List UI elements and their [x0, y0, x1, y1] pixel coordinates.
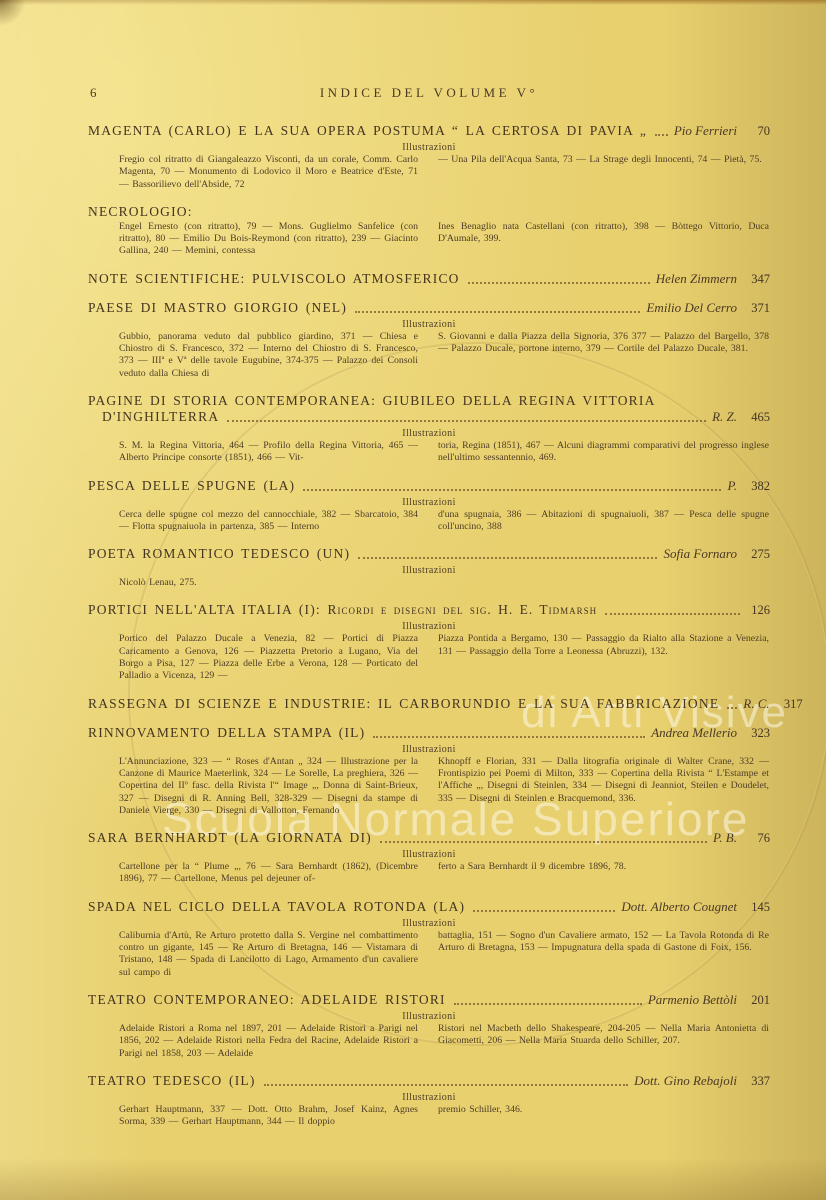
illustrations-label: Illustrazioni	[88, 1092, 770, 1103]
entry-author: Sofia Fornaro	[663, 546, 746, 562]
illustrations-right-column	[438, 577, 769, 589]
entry-author: Dott. Gino Rebajoli	[634, 1073, 746, 1089]
entry-title: NOTE SCIENTIFICHE: PULVISCOLO ATMOSFERIC…	[88, 271, 460, 287]
dotted-leader	[727, 707, 737, 709]
illustrations-label: Illustrazioni	[88, 565, 770, 576]
index-entry: NECROLOGIO:Engel Ernesto (con ritratto),…	[88, 204, 770, 258]
entry-page-number: 145	[746, 900, 770, 915]
entry-author: Dott. Alberto Cougnet	[621, 899, 746, 915]
illustrations-right-column: premio Schiller, 346.	[438, 1104, 769, 1129]
illustrations-label: Illustrazioni	[88, 621, 770, 632]
entry-title: PAGINE DI STORIA CONTEMPORANEA: GIUBILEO…	[88, 393, 656, 409]
illustrations-columns: Gubbio, panorama veduto dal pubblico gia…	[88, 331, 770, 380]
entry-title: PAESE DI MASTRO GIORGIO (NEL)	[88, 300, 347, 316]
illustrations-left-column: Caliburnia d'Artù, Re Arturo protetto da…	[119, 930, 418, 979]
illustrations-columns: Fregio col ritratto di Giangaleazzo Visc…	[88, 154, 770, 191]
index-entry: NOTE SCIENTIFICHE: PULVISCOLO ATMOSFERIC…	[88, 271, 770, 287]
entry-title-row: TEATRO TEDESCO (IL)Dott. Gino Rebajoli33…	[88, 1073, 770, 1089]
illustrations-columns: Nicolò Lenau, 275.	[88, 577, 770, 589]
illustrations-right-column: ferto a Sara Bernhardt il 9 dicembre 189…	[438, 861, 769, 886]
illustrations-left-column: Portico del Palazzo Ducale a Venezia, 82…	[119, 633, 418, 682]
entry-title: TEATRO TEDESCO (IL)	[88, 1073, 256, 1089]
entry-title: TEATRO CONTEMPORANEO: ADELAIDE RISTORI	[88, 992, 446, 1008]
dotted-leader	[473, 910, 615, 912]
dotted-leader	[303, 489, 721, 491]
entry-title-line2: D'INGHILTERRA	[102, 409, 219, 425]
scanned-index-page: { "page": { "number": "6", "header": "IN…	[0, 0, 826, 1200]
dotted-leader	[227, 420, 706, 422]
index-entry: PESCA DELLE SPUGNE (LA)P.382Illustrazion…	[88, 478, 770, 534]
entry-title-row: TEATRO CONTEMPORANEO: ADELAIDE RISTORIPa…	[88, 992, 770, 1008]
index-entry: RINNOVAMENTO DELLA STAMPA (IL)Andrea Mel…	[88, 725, 770, 817]
illustrations-label: Illustrazioni	[88, 319, 770, 330]
illustrations-label: Illustrazioni	[88, 497, 770, 508]
index-entry: SPADA NEL CICLO DELLA TAVOLA ROTONDA (LA…	[88, 899, 770, 979]
entry-author: Helen Zimmern	[656, 271, 746, 287]
entry-author: R. C.	[743, 696, 778, 712]
dotted-leader	[358, 557, 657, 559]
illustrations-right-column: toria, Regina (1851), 467 — Alcuni diagr…	[438, 440, 769, 465]
illustrations-left-column: Engel Ernesto (con ritratto), 79 — Mons.…	[119, 221, 418, 258]
entry-title-row: RINNOVAMENTO DELLA STAMPA (IL)Andrea Mel…	[88, 725, 770, 741]
entry-title: MAGENTA (CARLO) E LA SUA OPERA POSTUMA “…	[88, 123, 647, 139]
entry-page-number: 347	[746, 272, 770, 287]
index-list: MAGENTA (CARLO) E LA SUA OPERA POSTUMA “…	[88, 123, 770, 1128]
entry-page-number: 317	[779, 697, 803, 712]
entry-title-row: MAGENTA (CARLO) E LA SUA OPERA POSTUMA “…	[88, 123, 770, 139]
illustrations-label: Illustrazioni	[88, 428, 770, 439]
index-entry: TEATRO TEDESCO (IL)Dott. Gino Rebajoli33…	[88, 1073, 770, 1129]
illustrations-right-column: battaglia, 151 — Sogno d'un Cavaliere ar…	[438, 930, 769, 979]
entry-author: Pio Ferrieri	[674, 123, 746, 139]
entry-title: PORTICI NELL'ALTA ITALIA (I): Ricordi e …	[88, 602, 597, 618]
entry-page-number: 337	[746, 1074, 770, 1089]
entry-title-row: SPADA NEL CICLO DELLA TAVOLA ROTONDA (LA…	[88, 899, 770, 915]
illustrations-right-column: S. Giovanni e dalla Piazza della Signori…	[438, 331, 769, 380]
page-content: 6 INDICE DEL VOLUME V° MAGENTA (CARLO) E…	[88, 84, 770, 1128]
entry-title-smallcaps: Ricordi e disegni del sig. H. E. Tidmars…	[327, 602, 597, 617]
index-entry: PAESE DI MASTRO GIORGIO (NEL)Emilio Del …	[88, 300, 770, 380]
entry-title: NECROLOGIO:	[88, 204, 193, 220]
entry-title: RINNOVAMENTO DELLA STAMPA (IL)	[88, 725, 365, 741]
index-entry: PAGINE DI STORIA CONTEMPORANEA: GIUBILEO…	[88, 393, 770, 465]
index-entry: RASSEGNA DI SCIENZE E INDUSTRIE: IL CARB…	[88, 696, 770, 712]
dotted-leader	[655, 134, 668, 136]
index-entry: SARA BERNHARDT (LA GIORNATA DI)P. B.76Il…	[88, 830, 770, 886]
entry-page-number: 371	[746, 301, 770, 316]
page-number: 6	[90, 85, 97, 101]
illustrations-label: Illustrazioni	[88, 918, 770, 929]
index-entry: PORTICI NELL'ALTA ITALIA (I): Ricordi e …	[88, 602, 770, 682]
illustrations-columns: Engel Ernesto (con ritratto), 79 — Mons.…	[88, 221, 770, 258]
illustrations-right-column: — Una Pila dell'Acqua Santa, 73 — La Str…	[438, 154, 769, 191]
entry-title-row: NOTE SCIENTIFICHE: PULVISCOLO ATMOSFERIC…	[88, 271, 770, 287]
dotted-leader	[355, 311, 640, 313]
illustrations-left-column: Cartellone per la “ Plume „, 76 — Sara B…	[119, 861, 418, 886]
entry-page-number: 201	[746, 993, 770, 1008]
entry-title-row: PESCA DELLE SPUGNE (LA)P.382	[88, 478, 770, 494]
entry-page-number: 382	[746, 479, 770, 494]
page-header: 6 INDICE DEL VOLUME V°	[88, 84, 770, 102]
entry-author: R. Z.	[712, 409, 746, 425]
illustrations-columns: L'Annunciazione, 323 — “ Roses d'Antan „…	[88, 756, 770, 817]
dotted-leader	[264, 1084, 629, 1086]
illustrations-right-column: Khnopff e Florian, 331 — Dalla litografi…	[438, 756, 769, 817]
illustrations-label: Illustrazioni	[88, 1011, 770, 1022]
entry-title-row: PAGINE DI STORIA CONTEMPORANEA: GIUBILEO…	[88, 393, 770, 409]
dotted-leader	[605, 613, 740, 615]
illustrations-label: Illustrazioni	[88, 744, 770, 755]
entry-title-row: PORTICI NELL'ALTA ITALIA (I): Ricordi e …	[88, 602, 770, 618]
illustrations-left-column: Gerhart Hauptmann, 337 — Dott. Otto Brah…	[119, 1104, 418, 1129]
index-entry: MAGENTA (CARLO) E LA SUA OPERA POSTUMA “…	[88, 123, 770, 191]
dotted-leader	[454, 1003, 642, 1005]
illustrations-label: Illustrazioni	[88, 142, 770, 153]
entry-author: Andrea Mellerio	[651, 725, 746, 741]
entry-page-number: 275	[746, 547, 770, 562]
index-entry: TEATRO CONTEMPORANEO: ADELAIDE RISTORIPa…	[88, 992, 770, 1060]
entry-title: SARA BERNHARDT (LA GIORNATA DI)	[88, 830, 372, 846]
illustrations-left-column: Adelaide Ristori a Roma nel 1897, 201 — …	[119, 1023, 418, 1060]
entry-page-number: 465	[746, 410, 770, 425]
entry-author: P.	[727, 478, 746, 494]
index-entry: POETA ROMANTICO TEDESCO (UN)Sofia Fornar…	[88, 546, 770, 589]
entry-page-number: 70	[746, 124, 770, 139]
entry-author: Emilio Del Cerro	[646, 300, 746, 316]
illustrations-left-column: L'Annunciazione, 323 — “ Roses d'Antan „…	[119, 756, 418, 817]
illustrations-columns: Cerca delle spugne col mezzo del cannocc…	[88, 509, 770, 534]
illustrations-left-column: Nicolò Lenau, 275.	[119, 577, 418, 589]
illustrations-left-column: S. M. la Regina Vittoria, 464 — Profilo …	[119, 440, 418, 465]
illustrations-right-column: Piazza Pontida a Bergamo, 130 — Passaggi…	[438, 633, 769, 682]
dotted-leader	[380, 841, 707, 843]
entry-title: PESCA DELLE SPUGNE (LA)	[88, 478, 295, 494]
entry-title-row: RASSEGNA DI SCIENZE E INDUSTRIE: IL CARB…	[88, 696, 770, 712]
illustrations-right-column: Ines Benaglio nata Castellani (con ritra…	[438, 221, 769, 258]
illustrations-columns: S. M. la Regina Vittoria, 464 — Profilo …	[88, 440, 770, 465]
illustrations-right-column: Ristori nel Macbeth dello Shakespeare, 2…	[438, 1023, 769, 1060]
entry-author: P. B.	[713, 830, 746, 846]
page-title: INDICE DEL VOLUME V°	[320, 85, 538, 100]
entry-title: SPADA NEL CICLO DELLA TAVOLA ROTONDA (LA…	[88, 899, 465, 915]
illustrations-columns: Caliburnia d'Artù, Re Arturo protetto da…	[88, 930, 770, 979]
illustrations-left-column: Gubbio, panorama veduto dal pubblico gia…	[119, 331, 418, 380]
illustrations-label: Illustrazioni	[88, 849, 770, 860]
entry-page-number: 126	[746, 603, 770, 618]
illustrations-columns: Cartellone per la “ Plume „, 76 — Sara B…	[88, 861, 770, 886]
illustrations-right-column: d'una spugnaia, 386 — Abitazioni di spug…	[438, 509, 769, 534]
dotted-leader	[468, 282, 650, 284]
entry-page-number: 323	[746, 726, 770, 741]
dotted-leader	[373, 736, 645, 738]
entry-title: POETA ROMANTICO TEDESCO (UN)	[88, 546, 350, 562]
illustrations-columns: Gerhart Hauptmann, 337 — Dott. Otto Brah…	[88, 1104, 770, 1129]
illustrations-columns: Portico del Palazzo Ducale a Venezia, 82…	[88, 633, 770, 682]
entry-author: Parmenio Bettòli	[648, 992, 746, 1008]
entry-title-row: PAESE DI MASTRO GIORGIO (NEL)Emilio Del …	[88, 300, 770, 316]
entry-title: RASSEGNA DI SCIENZE E INDUSTRIE: IL CARB…	[88, 696, 719, 712]
entry-title-row: POETA ROMANTICO TEDESCO (UN)Sofia Fornar…	[88, 546, 770, 562]
entry-title-row-2: D'INGHILTERRAR. Z.465	[88, 409, 770, 425]
entry-title-row: NECROLOGIO:	[88, 204, 770, 220]
entry-title-row: SARA BERNHARDT (LA GIORNATA DI)P. B.76	[88, 830, 770, 846]
illustrations-left-column: Cerca delle spugne col mezzo del cannocc…	[119, 509, 418, 534]
illustrations-columns: Adelaide Ristori a Roma nel 1897, 201 — …	[88, 1023, 770, 1060]
entry-page-number: 76	[746, 831, 770, 846]
illustrations-left-column: Fregio col ritratto di Giangaleazzo Visc…	[119, 154, 418, 191]
